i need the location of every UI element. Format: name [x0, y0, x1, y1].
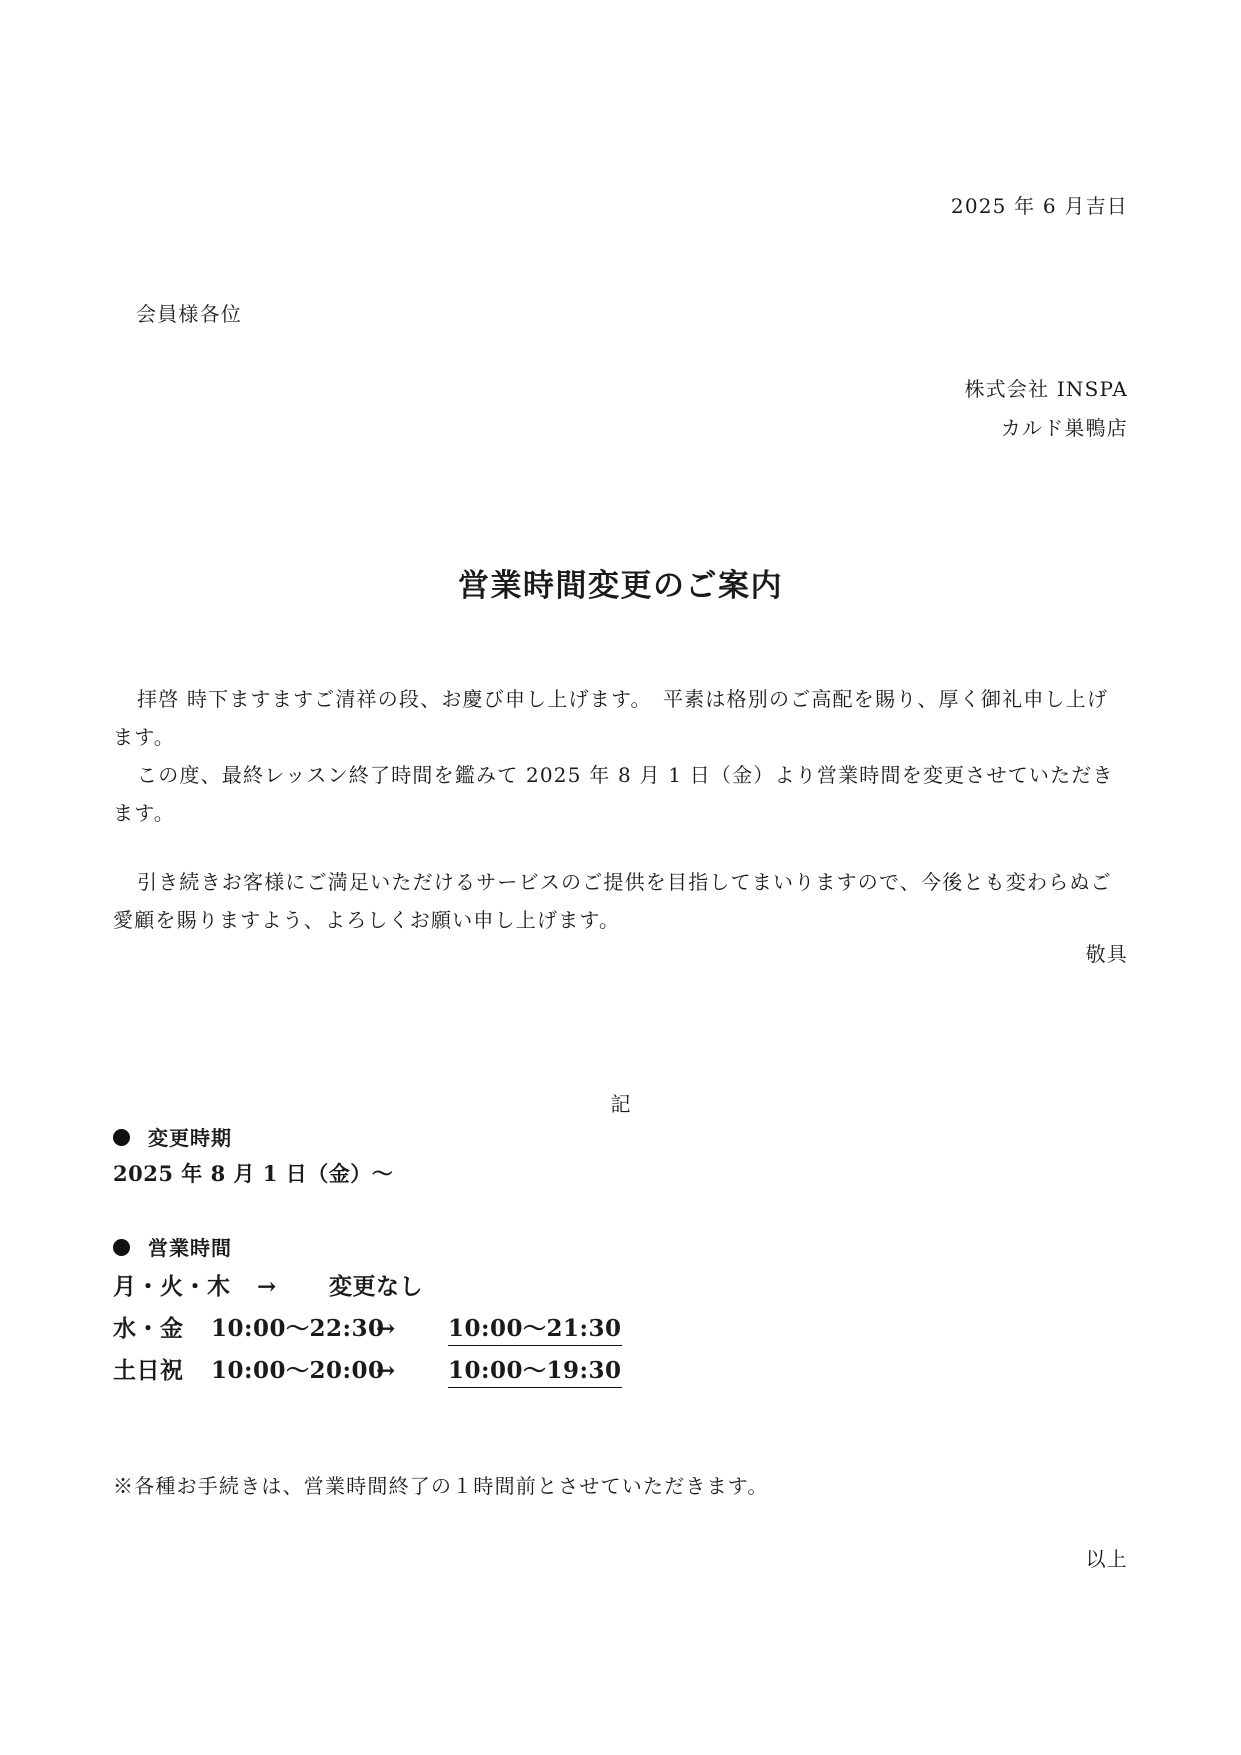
- hours-new: 10:00～21:30: [448, 1310, 622, 1346]
- section-change-period: 変更時期: [113, 1122, 232, 1151]
- hours-new: 変更なし: [329, 1268, 423, 1301]
- hours-days: 水・金: [113, 1310, 211, 1343]
- sender-branch: カルド巣鴨店: [1001, 412, 1128, 441]
- section-business-hours: 営業時間: [113, 1232, 232, 1261]
- document-title: 営業時間変更のご案内: [0, 560, 1241, 605]
- record-heading: 記: [0, 1088, 1241, 1117]
- arrow-right-icon: →: [376, 1357, 448, 1384]
- paragraph-announcement-text: この度、最終レッスン終了時間を鑑みて 2025 年 8 月 1 日（金）より営業…: [113, 763, 1114, 825]
- change-period-value: 2025 年 8 月 1 日（金）～: [113, 1158, 393, 1188]
- hours-new: 10:00～19:30: [448, 1352, 622, 1388]
- section-change-period-label: 変更時期: [148, 1126, 232, 1150]
- paragraph-closing: 引き続きお客様にご満足いただけるサービスのご提供を目指してまいりますので、今後と…: [113, 863, 1128, 939]
- hours-row: 土日祝10:00～20:00→10:00～19:30: [113, 1352, 622, 1388]
- procedure-note: ※各種お手続きは、営業時間終了の１時間前とさせていただきます。: [113, 1470, 769, 1499]
- section-business-hours-label: 営業時間: [148, 1236, 232, 1260]
- issue-date: 2025 年 6 月吉日: [951, 190, 1128, 219]
- arrow-right-icon: →: [376, 1315, 448, 1342]
- arrow-right-icon: →: [257, 1273, 329, 1300]
- hours-old: 10:00～22:30: [211, 1310, 376, 1343]
- paragraph-announcement: この度、最終レッスン終了時間を鑑みて 2025 年 8 月 1 日（金）より営業…: [113, 756, 1128, 832]
- hours-old: 10:00～20:00: [211, 1352, 376, 1385]
- hours-row: 月・火・木→変更なし: [113, 1268, 423, 1301]
- addressee: 会員様各位: [136, 298, 242, 327]
- hours-days: 月・火・木: [113, 1268, 257, 1301]
- hours-days: 土日祝: [113, 1352, 211, 1385]
- paragraph-greeting-text: 拝啓 時下ますますご清祥の段、お慶び申し上げます。 平素は格別のご高配を賜り、厚…: [113, 687, 1108, 749]
- closing-keigu: 敬具: [1086, 938, 1128, 967]
- closing-ijo: 以上: [1086, 1543, 1128, 1572]
- sender-company: 株式会社 INSPA: [964, 373, 1128, 402]
- bullet-icon: [113, 1239, 130, 1256]
- bullet-icon: [113, 1129, 130, 1146]
- paragraph-greeting: 拝啓 時下ますますご清祥の段、お慶び申し上げます。 平素は格別のご高配を賜り、厚…: [113, 680, 1128, 756]
- hours-row: 水・金10:00～22:30→10:00～21:30: [113, 1310, 622, 1346]
- paragraph-closing-text: 引き続きお客様にご満足いただけるサービスのご提供を目指してまいりますので、今後と…: [113, 870, 1112, 932]
